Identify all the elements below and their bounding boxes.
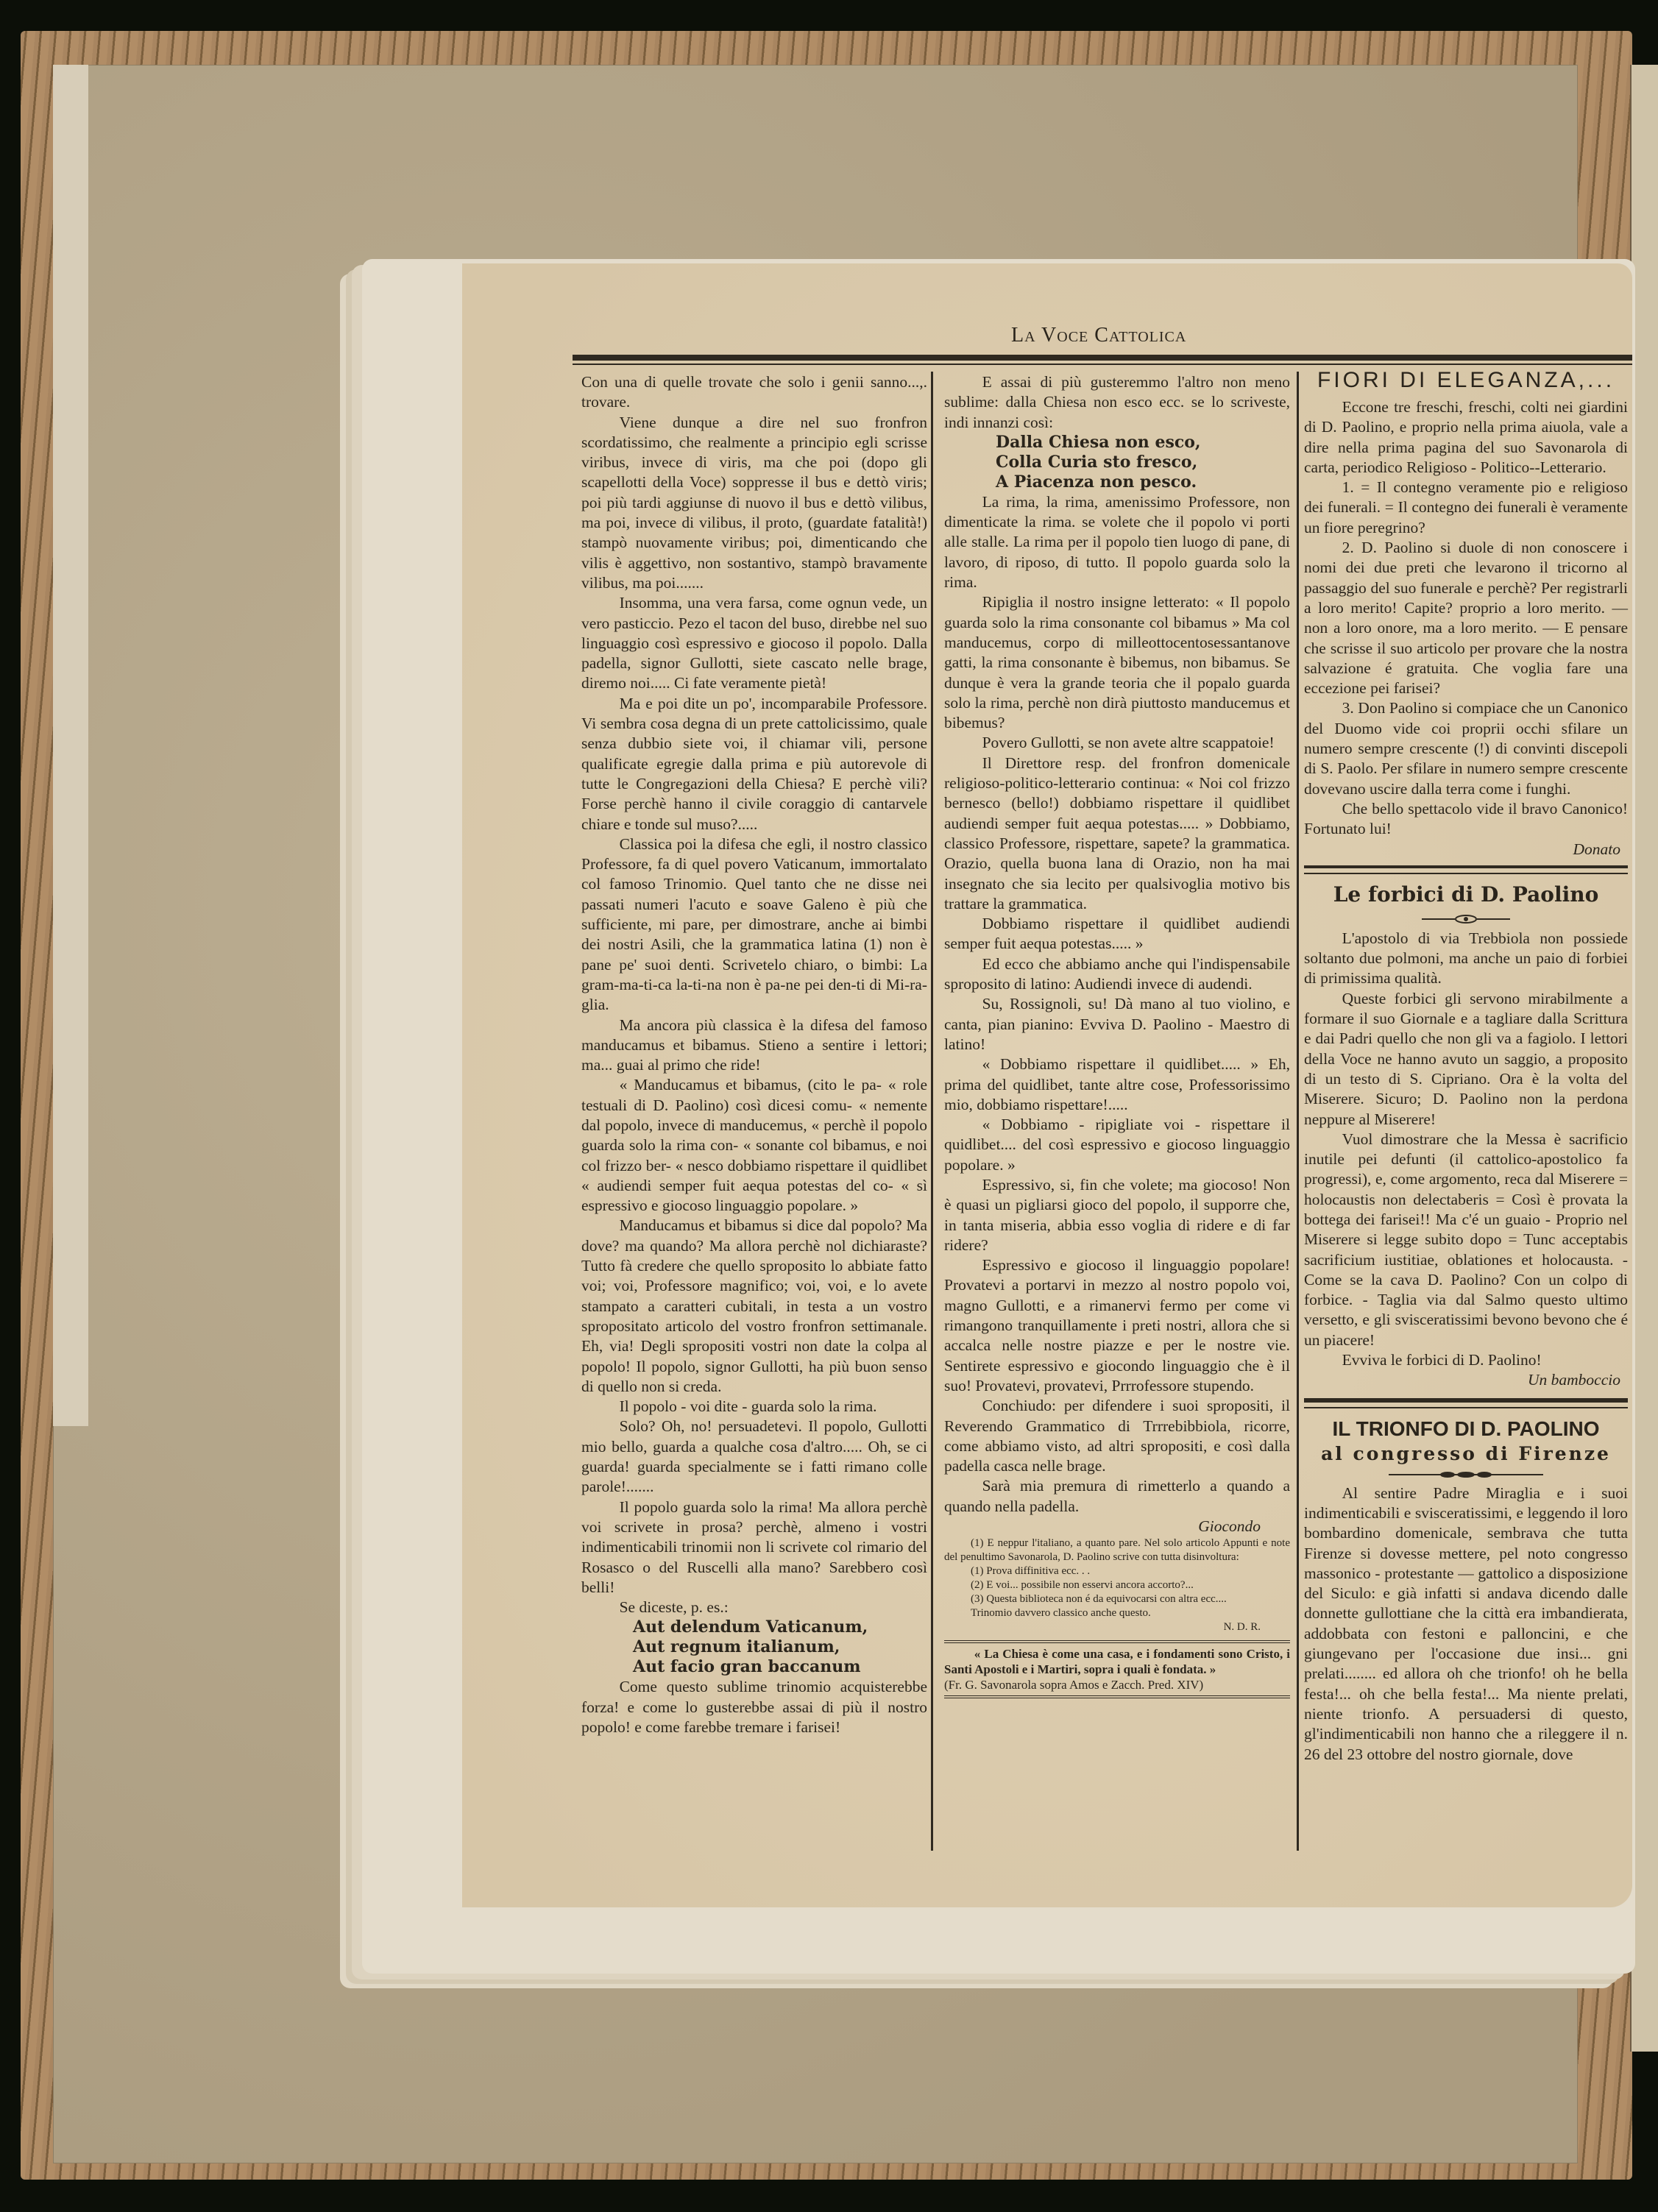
paragraph: Evviva le forbici di D. Paolino! <box>1304 1350 1628 1370</box>
footnote-line: (1) Prova diffinitiva ecc. . . <box>944 1564 1290 1578</box>
paragraph: Al sentire Padre Miraglia e i suoi indim… <box>1304 1483 1628 1765</box>
paragraph: 3. Don Paolino si compiace che un Canoni… <box>1304 698 1628 798</box>
quote-box: « La Chiesa è come una casa, e i fondame… <box>944 1640 1290 1698</box>
paragraph: Il popolo - voi dite - guarda solo la ri… <box>581 1397 927 1417</box>
paragraph: L'apostolo di via Trebbiola non possiede… <box>1304 929 1628 989</box>
signature: Donato <box>1304 840 1628 859</box>
paragraph: Manducamus et bibamus si dice dal popolo… <box>581 1216 927 1397</box>
verse-line: Aut facio gran baccanum <box>581 1657 927 1677</box>
paragraph: Se diceste, p. es.: <box>581 1598 927 1617</box>
verse-line: Aut delendum Vaticanum, <box>581 1617 927 1637</box>
paragraph: « Manducamus et bibamus, (cito le pa- « … <box>581 1075 927 1216</box>
verse-line: Colla Curia sto fresco, <box>944 453 1290 472</box>
signature: Giocondo <box>944 1517 1290 1536</box>
article-divider <box>1304 1398 1628 1408</box>
folder-left-edge <box>53 65 88 1426</box>
column-divider-1 <box>931 372 933 1851</box>
paragraph: « Dobbiamo - ripigliate voi - rispettare… <box>944 1115 1290 1175</box>
paragraph: Ma ancora più classica è la difesa del f… <box>581 1015 927 1076</box>
paragraph: Come questo sublime trinomio acquistereb… <box>581 1677 927 1737</box>
paragraph: Ma e poi dite un po', incomparabile Prof… <box>581 694 927 834</box>
paragraph: Povero Gullotti, se non avete altre scap… <box>944 733 1290 753</box>
paragraph: Eccone tre freschi, freschi, colti nei g… <box>1304 397 1628 478</box>
header-rule <box>573 355 1632 361</box>
quote-text: « La Chiesa è come una casa, e i fondame… <box>944 1646 1290 1677</box>
column-divider-2 <box>1297 372 1299 1851</box>
paragraph: Ripiglia il nostro insigne letterato: « … <box>944 592 1290 733</box>
paragraph: Insomma, una vera farsa, come ognun vede… <box>581 593 927 693</box>
paragraph: Che bello spettacolo vide il bravo Canon… <box>1304 799 1628 840</box>
ornament-icon <box>1422 914 1510 924</box>
column-1: Con una di quelle trovate che solo i gen… <box>581 372 927 1737</box>
paragraph: Solo? Oh, no! persuadetevi. Il popolo, G… <box>581 1417 927 1497</box>
paragraph: 1. = Il contegno veramente pio e religio… <box>1304 478 1628 538</box>
signature: Un bamboccio <box>1304 1370 1628 1390</box>
column-2: E assai di più gusteremmo l'altro non me… <box>944 372 1290 1698</box>
article-title: FIORI DI ELEGANZA,... <box>1304 364 1628 397</box>
paragraph: Ed ecco che abbiamo anche qui l'indispen… <box>944 954 1290 995</box>
paragraph: Espressivo, si, fin che volete; ma gioco… <box>944 1175 1290 1255</box>
footnote-line: (3) Questa biblioteca non é da equivocar… <box>944 1592 1290 1606</box>
quote-source: (Fr. G. Savonarola sopra Amos e Zacch. P… <box>944 1677 1290 1692</box>
article-title: Le forbici di D. Paolino <box>1304 880 1628 910</box>
paragraph: « Dobbiamo rispettare il quidlibet..... … <box>944 1054 1290 1115</box>
footnote-line: Trinomio davvero classico anche questo. <box>944 1606 1290 1620</box>
verse-line: A Piacenza non pesco. <box>944 472 1290 492</box>
paragraph: Conchiudo: per difendere i suoi sproposi… <box>944 1396 1290 1476</box>
paragraph: Con una di quelle trovate che solo i gen… <box>581 372 927 413</box>
verse-line: Aut regnum italianum, <box>581 1637 927 1657</box>
article-divider <box>1304 865 1628 874</box>
ornament-icon <box>1389 1470 1543 1479</box>
paragraph: La rima, la rima, amenissimo Professore,… <box>944 492 1290 592</box>
paragraph: Sarà mia premura di rimetterlo a quando … <box>944 1476 1290 1517</box>
footnote: (1) E neppur l'italiano, a quanto pare. … <box>944 1536 1290 1634</box>
paragraph: E assai di più gusteremmo l'altro non me… <box>944 372 1290 433</box>
footnote-line: (2) E voi... possibile non esservi ancor… <box>944 1578 1290 1592</box>
paragraph: Il popolo guarda solo la rima! Ma allora… <box>581 1497 927 1598</box>
paragraph: Dobbiamo rispettare il quidlibet audiend… <box>944 914 1290 954</box>
paragraph: Queste forbici gli servono mirabilmente … <box>1304 989 1628 1130</box>
paragraph: Viene dunque a dire nel suo fronfron sco… <box>581 413 927 594</box>
verse-line: Dalla Chiesa non esco, <box>944 433 1290 453</box>
masthead: La Voce Cattolica <box>1011 324 1186 347</box>
paragraph: 2. D. Paolino si duole di non conoscere … <box>1304 538 1628 698</box>
paragraph: Espressivo e giocoso il linguaggio popol… <box>944 1255 1290 1396</box>
article-title: IL TRIONFO DI D. PAOLINO <box>1304 1416 1628 1442</box>
paragraph: Classica poi la difesa che egli, il nost… <box>581 834 927 1015</box>
article-subtitle: al congresso di Firenze <box>1304 1442 1628 1466</box>
column-3: FIORI DI ELEGANZA,... Eccone tre freschi… <box>1304 361 1628 1765</box>
paragraph: Su, Rossignoli, su! Dà mano al tuo violi… <box>944 994 1290 1054</box>
paragraph: Il Direttore resp. del fronfron domenica… <box>944 754 1290 914</box>
footnote-signature: N. D. R. <box>944 1620 1290 1634</box>
paragraph: Vuol dimostrare che la Messa è sacrifici… <box>1304 1130 1628 1350</box>
footnote-line: (1) E neppur l'italiano, a quanto pare. … <box>944 1536 1290 1564</box>
